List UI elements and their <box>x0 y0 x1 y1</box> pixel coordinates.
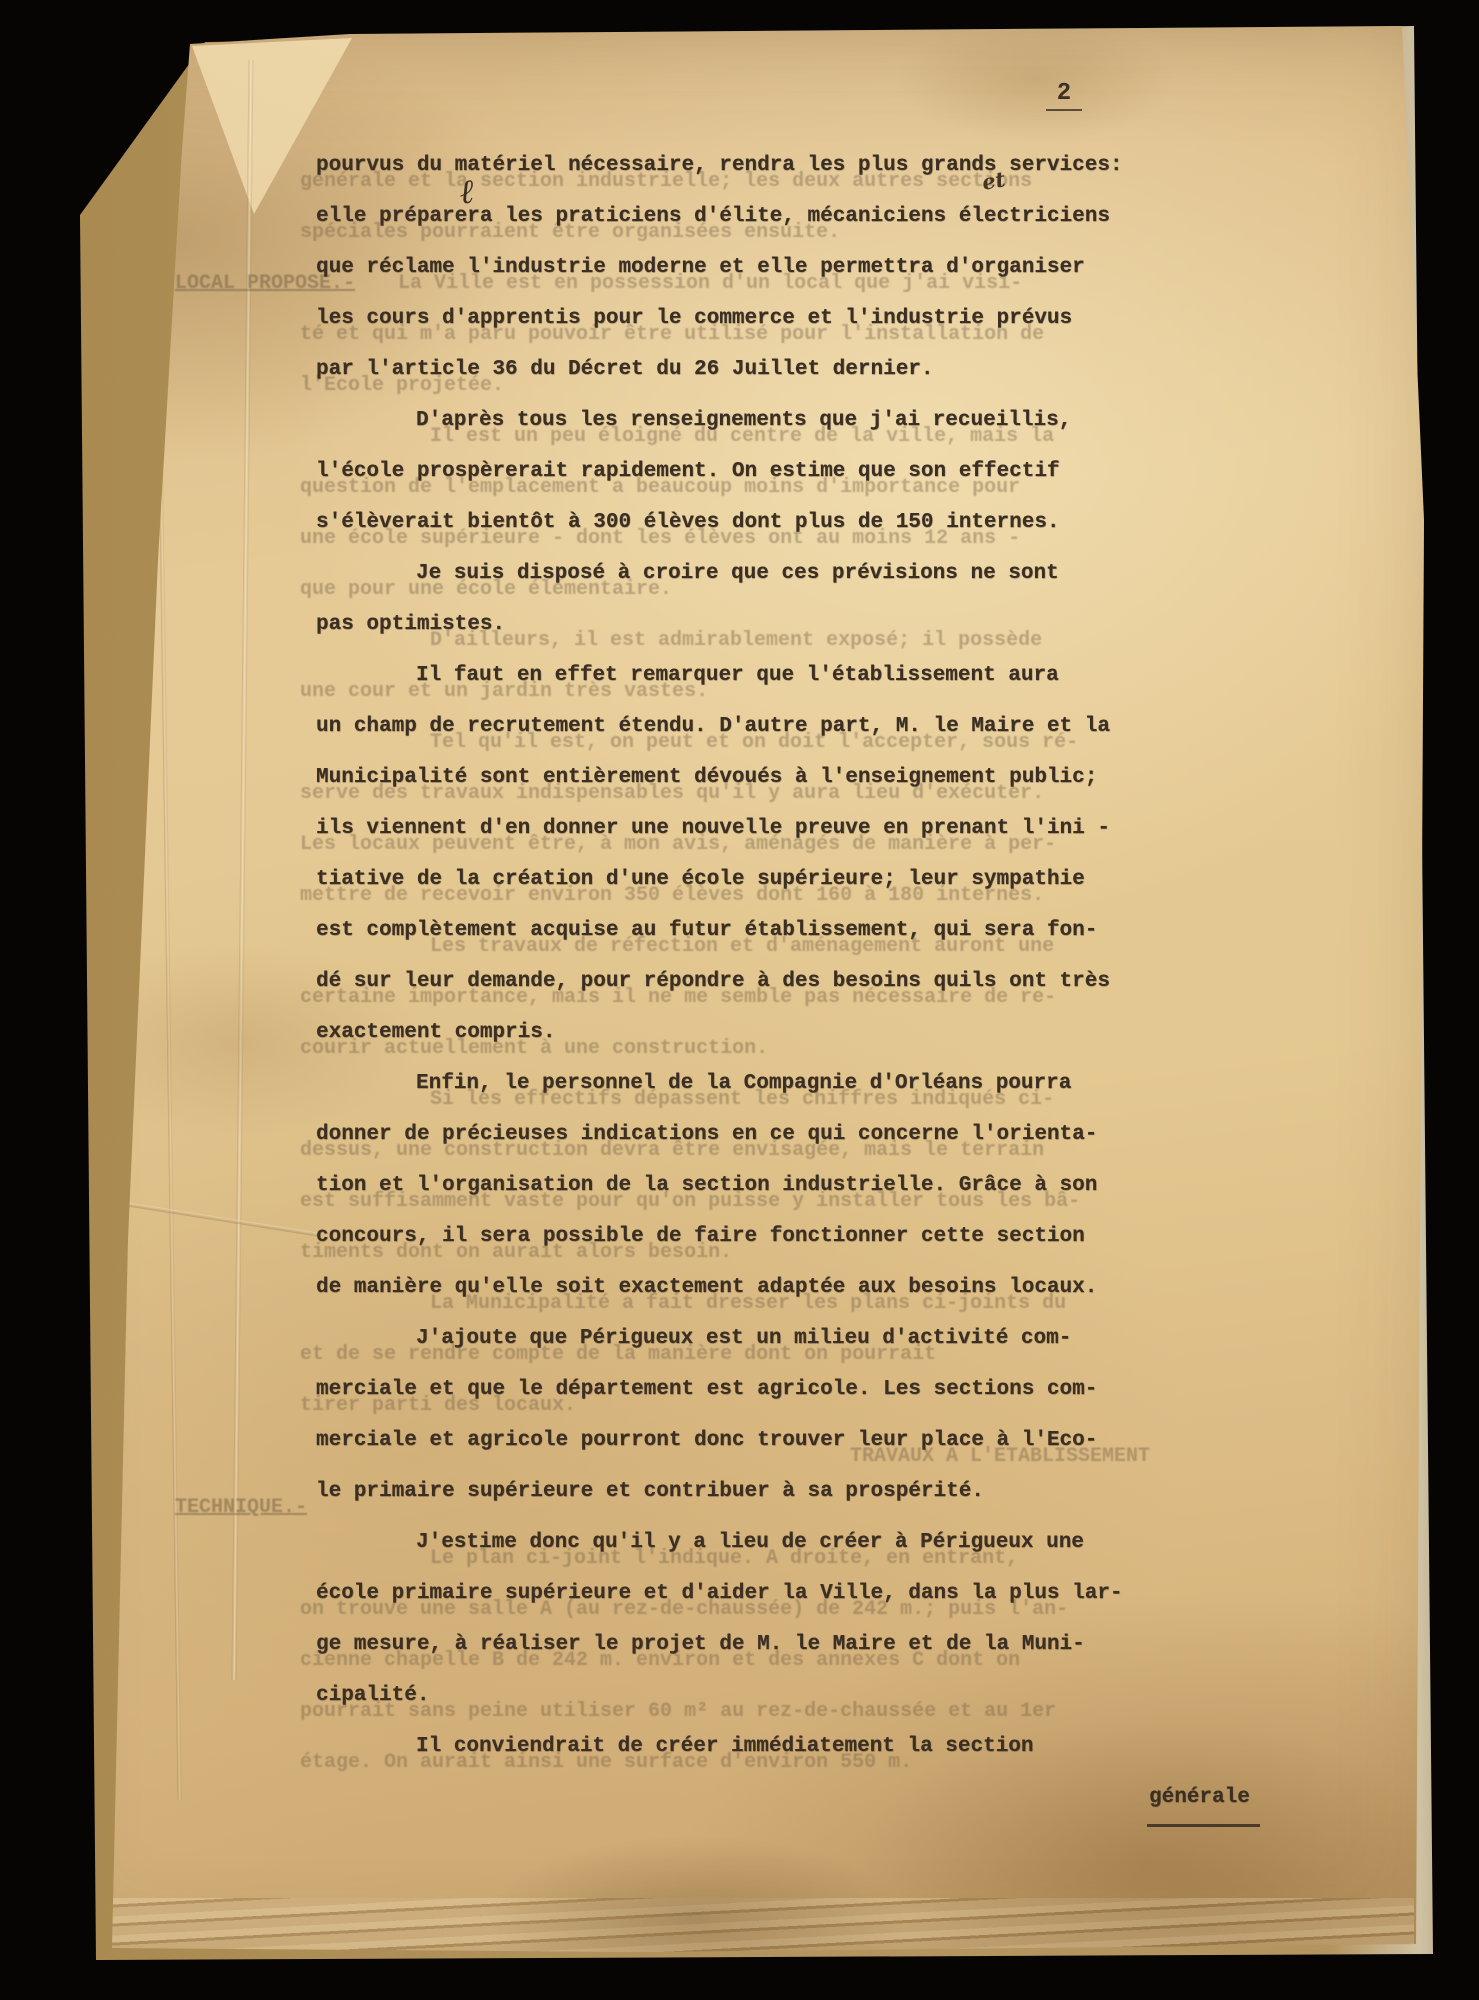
typed-line: dé sur leur demande, pour répondre à des… <box>316 956 1196 1007</box>
typed-line: cipalité. <box>316 1670 1196 1721</box>
typed-line: Il faut en effet remarquer que l'établis… <box>316 650 1196 701</box>
typed-line: pourvus du matériel nécessaire, rendra l… <box>316 140 1196 191</box>
typed-line: merciale et agricole pourront donc trouv… <box>316 1415 1196 1466</box>
vertical-crease <box>232 60 254 1680</box>
handwritten-insertion: et <box>980 166 1007 195</box>
typed-line: par l'article 36 du Décret du 26 Juillet… <box>316 344 1196 395</box>
typed-text-block: pourvus du matériel nécessaire, rendra l… <box>316 140 1196 1827</box>
typed-line: le primaire supérieure et contribuer à s… <box>316 1466 1196 1517</box>
bottom-page-stack-edge <box>104 1898 1414 1952</box>
typed-line: ge mesure, à réaliser le projet de M. le… <box>316 1619 1196 1670</box>
typed-line: concours, il sera possible de faire fonc… <box>316 1211 1196 1262</box>
page-number: 2 <box>1046 80 1082 111</box>
typed-line: école primaire supérieure et d'aider la … <box>316 1568 1196 1619</box>
typed-line: pas optimistes. <box>316 599 1196 650</box>
handwritten-overstrike: ℓ <box>459 172 476 213</box>
typed-line: tiative de la création d'une école supér… <box>316 854 1196 905</box>
typed-line: Municipalité sont entièrement dévoués à … <box>316 752 1196 803</box>
typed-line: s'élèverait bientôt à 300 élèves dont pl… <box>316 497 1196 548</box>
typed-line: Enfin, le personnel de la Compagnie d'Or… <box>316 1058 1196 1109</box>
typed-line: générale <box>316 1772 1196 1827</box>
typed-line: exactement compris. <box>316 1007 1196 1058</box>
typed-line: l'école prospèrerait rapidement. On esti… <box>316 446 1196 497</box>
typed-line: un champ de recrutement étendu. D'autre … <box>316 701 1196 752</box>
typed-line: est complètement acquise au futur établi… <box>316 905 1196 956</box>
typed-line: Il conviendrait de créer immédiatement l… <box>316 1721 1196 1772</box>
typed-line: que réclame l'industrie moderne et elle … <box>316 242 1196 293</box>
typed-line: J'ajoute que Périgueux est un milieu d'a… <box>316 1313 1196 1364</box>
typed-line: D'après tous les renseignements que j'ai… <box>316 395 1196 446</box>
typed-line: de manière qu'elle soit exactement adapt… <box>316 1262 1196 1313</box>
footer-word-underlined: générale <box>1147 1772 1260 1827</box>
photographed-document: générale et la section industrielle; les… <box>0 0 1479 2000</box>
typed-line: tion et l'organisation de la section ind… <box>316 1160 1196 1211</box>
typed-line: J'estime donc qu'il y a lieu de créer à … <box>316 1517 1196 1568</box>
typed-line: merciale et que le département est agric… <box>316 1364 1196 1415</box>
typed-line: ils viennent d'en donner une nouvelle pr… <box>316 803 1196 854</box>
typed-line: les cours d'apprentis pour le commerce e… <box>316 293 1196 344</box>
typed-line: elle préparera les praticiens d'élite, m… <box>316 191 1196 242</box>
typed-line: Je suis disposé à croire que ces prévisi… <box>316 548 1196 599</box>
typed-line: donner de précieuses indications en ce q… <box>316 1109 1196 1160</box>
